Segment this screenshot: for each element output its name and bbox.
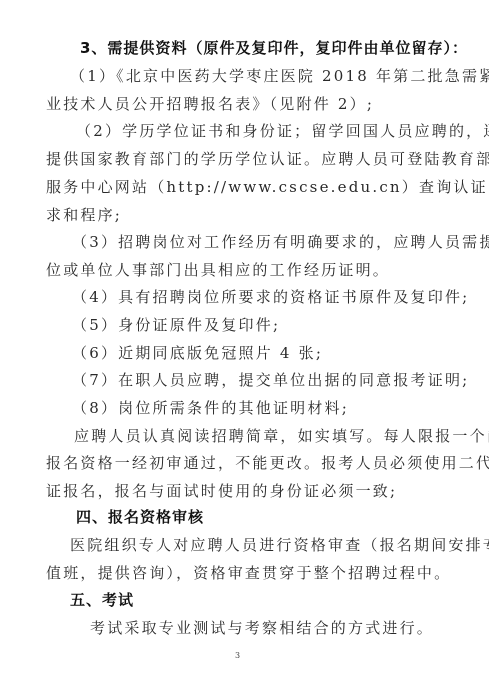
page-number: 3 bbox=[235, 651, 240, 660]
item-1-line-2: 业技术人员公开招聘报名表》（见附件 2）; bbox=[46, 94, 374, 114]
item-6: （6）近期同底版免冠照片 4 张; bbox=[72, 343, 323, 363]
section-5-line-1: 考试采取专业测试与考察相结合的方式进行。 bbox=[90, 618, 434, 638]
item-2-line-4: 求和程序; bbox=[46, 205, 122, 225]
item-8: （8）岗位所需条件的其他证明材料; bbox=[72, 398, 349, 418]
item-5: （5）身份证原件及复印件; bbox=[72, 315, 280, 335]
note-line-1: 应聘人员认真阅读招聘简章，如实填写。每人限报一个岗位。 bbox=[74, 426, 489, 446]
item-7: （7）在职人员应聘，提交单位出据的同意报考证明; bbox=[72, 370, 469, 390]
section-4-line-1: 医院组织专人对应聘人员进行资格审查（报名期间安排专人 bbox=[70, 535, 489, 555]
note-line-3: 证报名，报名与面试时使用的身份证必须一致; bbox=[46, 481, 397, 501]
section-5-heading: 五、考试 bbox=[70, 590, 134, 610]
item-2-line-1: （2）学历学位证书和身份证；留学回国人员应聘的，还需 bbox=[76, 121, 489, 141]
note-line-2: 报名资格一经初审通过，不能更改。报考人员必须使用二代身份 bbox=[46, 453, 489, 473]
section-heading-materials: 3、需提供资料（原件及复印件，复印件由单位留存）： bbox=[80, 38, 468, 58]
item-3-line-2: 位或单位人事部门出具相应的工作经历证明。 bbox=[46, 260, 390, 280]
item-1-line-1: （1）《北京中医药大学枣庄医院 2018 年第二批急需紧缺专 bbox=[70, 66, 489, 86]
item-3-line-1: （3）招聘岗位对工作经历有明确要求的，应聘人员需提供单 bbox=[72, 232, 489, 252]
item-2-line-3: 服务中心网站（http://www.cscse.edu.cn）查询认证的有关要 bbox=[46, 177, 489, 197]
item-2-line-2: 提供国家教育部门的学历学位认证。应聘人员可登陆教育部留学 bbox=[46, 149, 489, 169]
section-4-heading: 四、报名资格审核 bbox=[76, 507, 204, 527]
section-4-line-2: 值班，提供咨询），资格审查贯穿于整个招聘过程中。 bbox=[46, 563, 451, 583]
item-4: （4）具有招聘岗位所要求的资格证书原件及复印件; bbox=[72, 287, 469, 307]
